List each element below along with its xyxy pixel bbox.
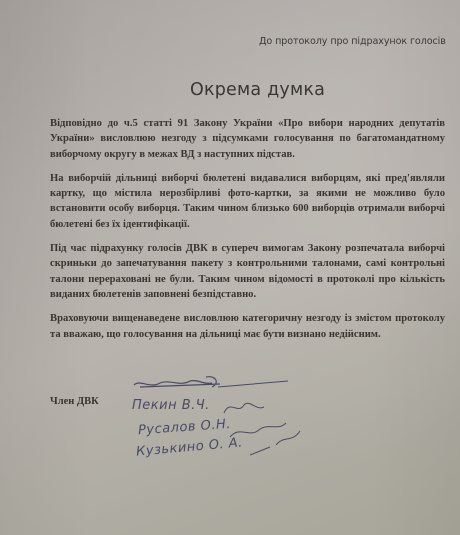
- signature-flourish-icon: [220, 395, 320, 465]
- paragraph: Враховуючи вищенаведене висловлюю катего…: [50, 311, 445, 342]
- document-title: Окрема думка: [190, 80, 325, 100]
- paragraph: Під час підрахунку голосів ДВК в супереч…: [50, 241, 445, 302]
- paragraph: На виборчій дільниці виборчі бюлетені ви…: [50, 171, 445, 232]
- signature-label: Член ДВК: [50, 396, 99, 407]
- header-note: До протоколу про підрахунок голосів: [259, 36, 446, 47]
- document-body: Відповідно до ч.5 статті 91 Закону Украї…: [50, 116, 445, 342]
- signature-1: Пекин В.Ч.: [132, 398, 210, 413]
- paragraph: Відповідно до ч.5 статті 91 Закону Украї…: [50, 116, 445, 162]
